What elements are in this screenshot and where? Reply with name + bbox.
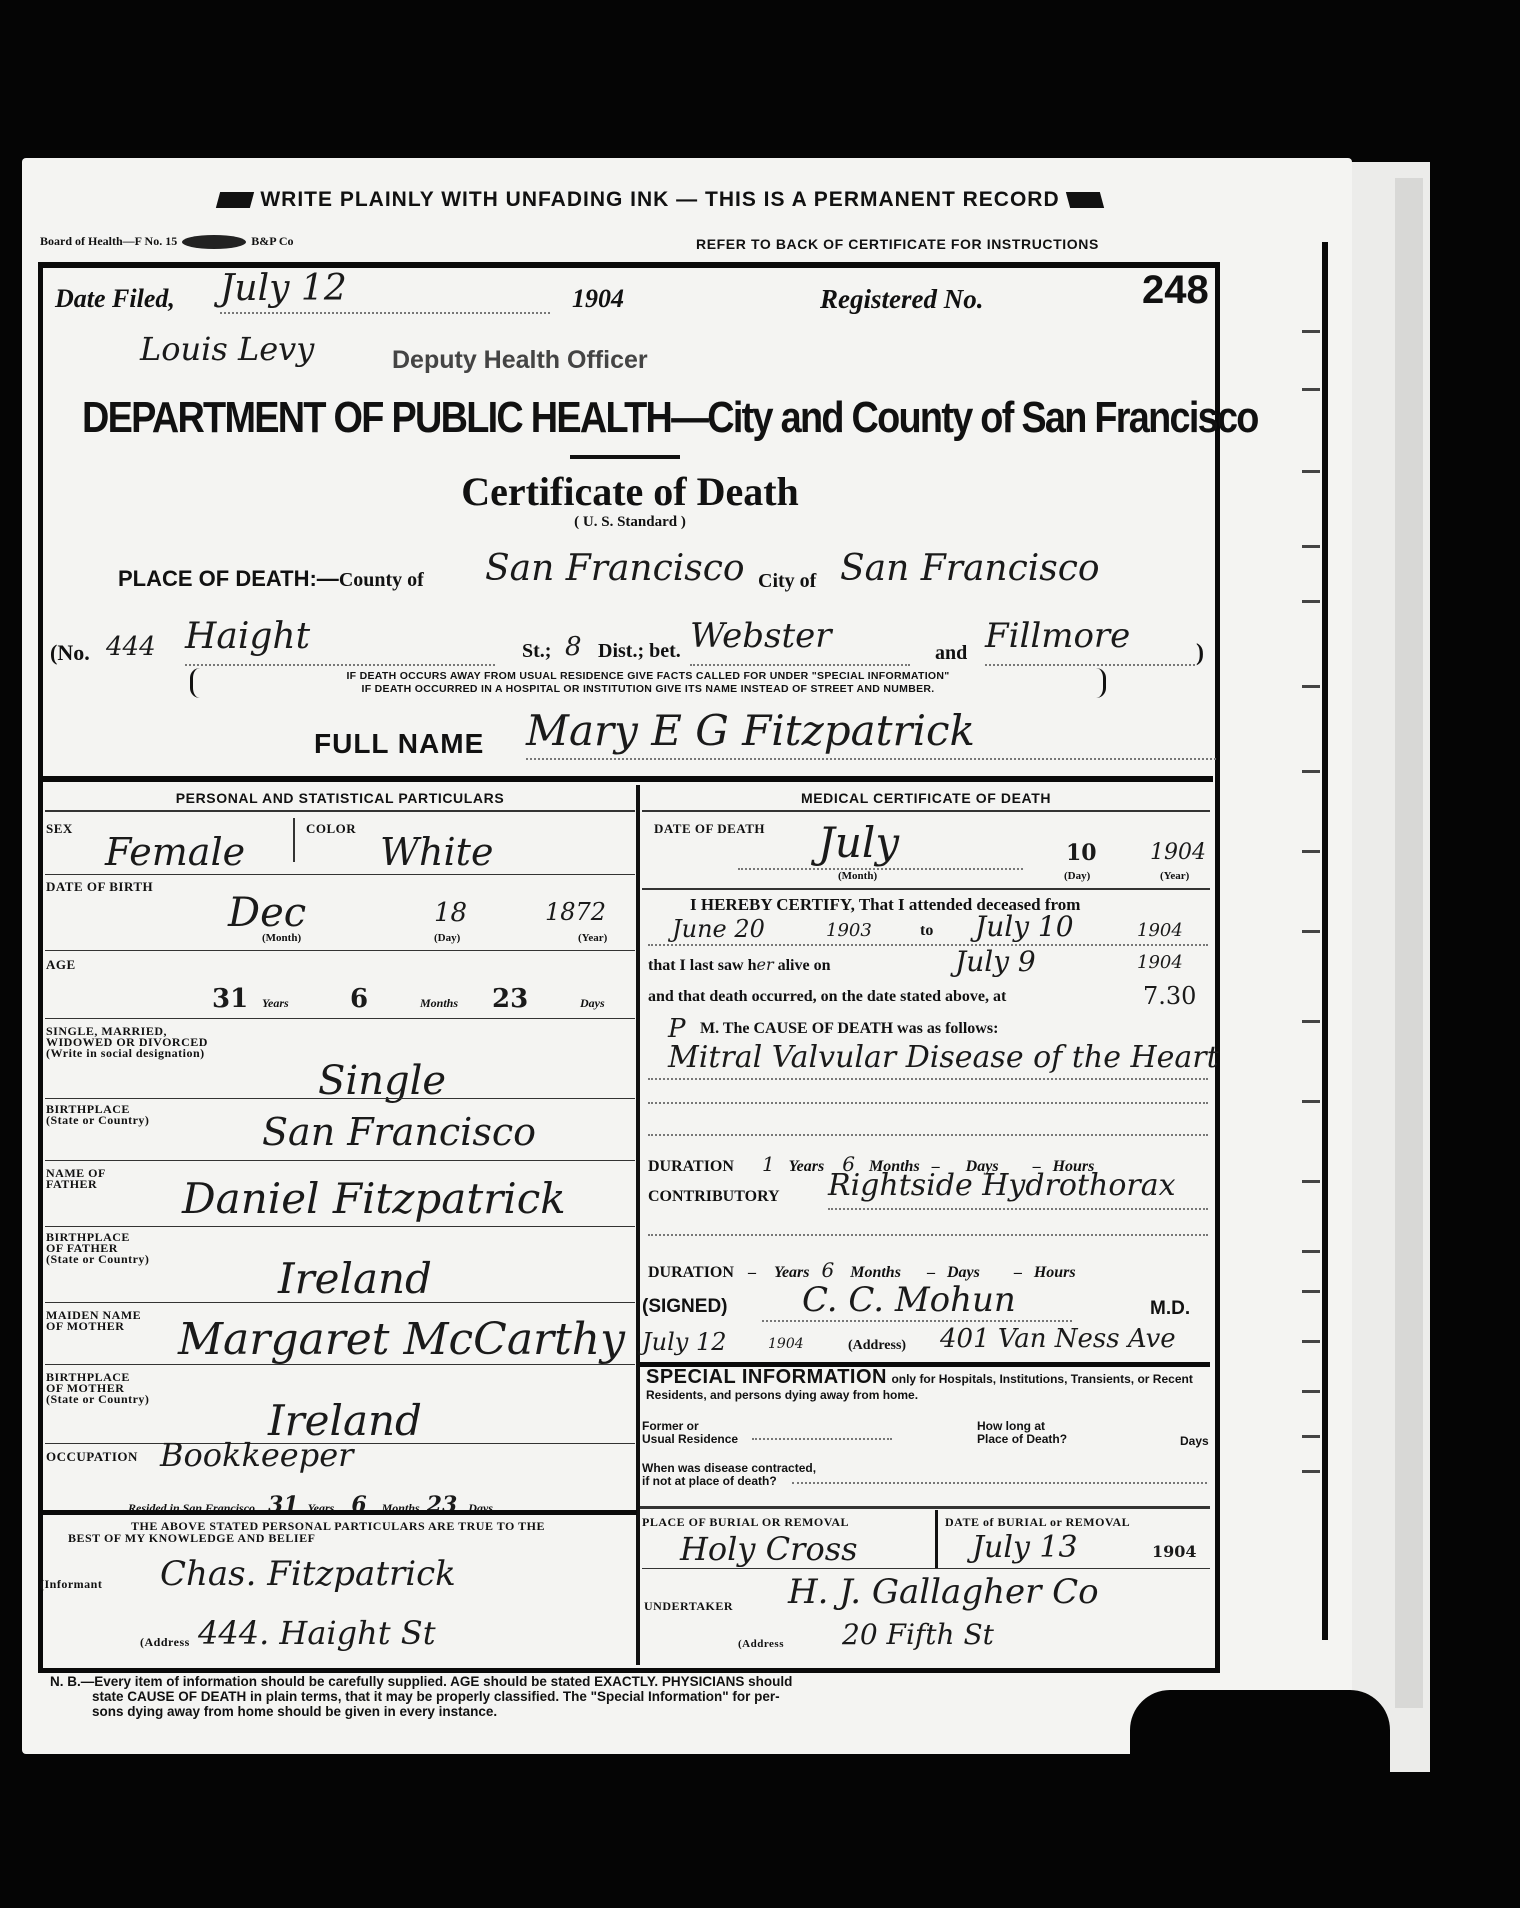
informant-address: 444. Haight St — [198, 1614, 436, 1652]
street-name: Haight — [185, 616, 495, 666]
age-months: 6 — [350, 984, 368, 1014]
dob-label: DATE OF BIRTH — [46, 880, 153, 893]
burial-date-value: July 13 — [972, 1530, 1078, 1565]
last-saw-year: 1904 — [1137, 952, 1183, 973]
signed-year: 1904 — [768, 1336, 804, 1352]
dob-day: 18 — [434, 898, 467, 928]
how-long-label: How long at Place of Death? — [977, 1420, 1067, 1446]
rule — [45, 874, 635, 875]
place-of-death-row: PLACE OF DEATH:—County of — [118, 566, 424, 592]
pointing-hand-icon-right — [1065, 192, 1103, 208]
cause-line-3 — [648, 1122, 1208, 1136]
physician-address-label: (Address) — [848, 1338, 906, 1354]
days-label: Days — [580, 996, 605, 1011]
rule — [45, 1302, 635, 1303]
informant-address-label: (Address — [140, 1636, 190, 1649]
rule — [45, 810, 635, 812]
color-value: White — [380, 830, 493, 874]
dist-between-label: Dist.; bet. — [598, 640, 681, 663]
rule — [642, 810, 1210, 812]
cause-line-2 — [648, 1090, 1208, 1104]
date-filed-year: 1904 — [572, 284, 624, 314]
dod-year: 1904 — [1150, 840, 1206, 865]
dod-day: 10 — [1066, 840, 1097, 866]
rule — [45, 1160, 635, 1161]
mother-name-value: Margaret McCarthy — [178, 1314, 625, 1365]
rule — [45, 1364, 635, 1365]
father-birthplace-label: BIRTHPLACE OF FATHER (State or Country) — [46, 1232, 149, 1265]
burial-date-label: DATE of BURIAL or REMOVAL — [945, 1516, 1130, 1529]
last-saw-date: July 9 — [955, 945, 1036, 978]
signed-label: (SIGNED) — [642, 1296, 728, 1318]
instructions-note: REFER TO BACK OF CERTIFICATE FOR INSTRUC… — [696, 236, 1099, 252]
former-residence-label: Former or Usual Residence — [642, 1420, 738, 1446]
father-name-value: Daniel Fitzpatrick — [182, 1174, 566, 1223]
mother-name-label: MAIDEN NAME OF MOTHER — [46, 1310, 141, 1332]
rule — [45, 1226, 635, 1227]
form-id: Board of Health—F No. 15 B&P Co — [40, 234, 294, 249]
informant-name: Chas. Fitzpatrick — [160, 1554, 456, 1594]
undertaker-value: H. J. Gallagher Co — [788, 1572, 1099, 1612]
certificate-title: Certificate of Death — [380, 468, 880, 515]
father-name-label: NAME OF FATHER — [46, 1168, 106, 1190]
city-value: San Francisco — [840, 548, 1100, 589]
section-divider — [43, 776, 1213, 782]
and-label: and — [935, 642, 967, 665]
burial-divider — [935, 1510, 938, 1568]
attended-to: July 10 — [975, 910, 1074, 943]
county-value: San Francisco — [485, 548, 745, 589]
burial-year: 1904 — [1152, 1542, 1197, 1561]
between-street-1: Webster — [690, 616, 910, 666]
attended-from: June 20 — [672, 915, 765, 943]
pointing-hand-icon — [216, 192, 254, 208]
contributory-value: Rightside Hydrothorax — [828, 1168, 1208, 1210]
place-note: IF DEATH OCCURS AWAY FROM USUAL RESIDENC… — [190, 668, 1106, 698]
margin-ticks — [1302, 330, 1326, 1660]
section-divider — [43, 1510, 637, 1515]
informant-statement: THE ABOVE STATED PERSONAL PARTICULARS AR… — [38, 1520, 638, 1544]
rule — [45, 950, 635, 951]
cause-text: M. The CAUSE OF DEATH was as follows: — [700, 1020, 998, 1038]
years-label: Years — [262, 996, 289, 1011]
physician-signature: C. C. Mohun — [762, 1280, 1072, 1322]
street-number: 444 — [106, 632, 156, 662]
contributory-line-2 — [648, 1222, 1208, 1236]
medical-heading: MEDICAL CERTIFICATE OF DEATH — [642, 790, 1210, 806]
color-label: COLOR — [306, 822, 356, 835]
attended-to-year: 1904 — [1137, 920, 1183, 941]
contracted-field[interactable] — [792, 1478, 1207, 1484]
rule — [45, 1018, 635, 1019]
month-caption: (Month) — [262, 932, 301, 944]
dob-month: Dec — [228, 890, 306, 936]
banner-text: WRITE PLAINLY WITH UNFADING INK — THIS I… — [130, 188, 1190, 212]
signed-date: July 12 — [642, 1328, 726, 1356]
sex-label: SEX — [46, 822, 73, 835]
time-of-death: 7.30 — [1143, 982, 1196, 1010]
undertaker-label: UNDERTAKER — [644, 1600, 733, 1613]
paper-edge-shadow — [1395, 178, 1423, 1708]
birthplace-value: San Francisco — [262, 1110, 536, 1154]
officer-signature: Louis Levy — [140, 330, 314, 368]
st-label: St.; — [522, 640, 551, 663]
dod-year-caption: (Year) — [1160, 870, 1189, 882]
burial-place-value: Holy Cross — [680, 1530, 858, 1568]
rule — [45, 1098, 635, 1099]
undertaker-address-label: (Address — [738, 1638, 784, 1651]
standard-label: ( U. S. Standard ) — [380, 514, 880, 531]
date-filed-field: July 12 — [220, 268, 550, 314]
attended-from-year: 1903 — [826, 920, 872, 941]
marital-label: SINGLE, MARRIED, WIDOWED OR DIVORCED (Wr… — [46, 1026, 208, 1059]
former-residence-field[interactable] — [752, 1434, 892, 1440]
rule — [642, 1568, 1210, 1569]
union-label-icon — [182, 235, 246, 249]
duration2-row: DURATION – Years 6 Months – Days – Hours — [648, 1258, 1208, 1282]
street-close-paren: ) — [1196, 640, 1204, 667]
department-title: DEPARTMENT OF PUBLIC HEALTH—City and Cou… — [82, 392, 1037, 444]
full-name-label: FULL NAME — [314, 728, 484, 760]
sex-color-divider — [293, 818, 295, 862]
age-label: AGE — [46, 958, 76, 971]
burial-place-label: PLACE OF BURIAL OR REMOVAL — [642, 1516, 849, 1529]
special-info-heading: SPECIAL INFORMATION only for Hospitals, … — [646, 1370, 1211, 1403]
footer-note: N. B.—Every item of information should b… — [50, 1674, 1130, 1719]
age-days: 23 — [492, 984, 528, 1014]
full-name-field: Mary E G Fitzpatrick — [526, 706, 1216, 760]
dod-month: July — [738, 818, 1023, 870]
dob-year: 1872 — [545, 898, 606, 926]
last-saw-row: that I last saw her alive on — [648, 955, 830, 975]
physician-address: 401 Van Ness Ave — [940, 1324, 1176, 1354]
months-label: Months — [420, 996, 458, 1011]
how-long-days: Days — [1180, 1434, 1209, 1448]
occurred-text: and that death occurred, on the date sta… — [648, 988, 1006, 1006]
occupation-value: Bookkeeper — [160, 1436, 353, 1474]
year-caption: (Year) — [578, 932, 607, 944]
personal-heading: PERSONAL AND STATISTICAL PARTICULARS — [45, 790, 635, 806]
district-value: 8 — [565, 632, 582, 662]
day-caption: (Day) — [434, 932, 460, 944]
mother-birthplace-label: BIRTHPLACE OF MOTHER (State or Country) — [46, 1372, 149, 1405]
rule — [642, 888, 1210, 890]
occupation-label: OCCUPATION — [46, 1450, 138, 1463]
age-years: 31 — [212, 984, 248, 1014]
sex-value: Female — [105, 830, 245, 874]
md-label: M.D. — [1150, 1298, 1190, 1320]
title-divider — [570, 455, 680, 459]
between-street-2: Fillmore — [985, 616, 1195, 666]
father-birthplace-value: Ireland — [278, 1254, 432, 1303]
contracted-label: When was disease contracted, if not at p… — [642, 1462, 816, 1488]
date-filed-label: Date Filed, — [55, 284, 175, 314]
contributory-label: CONTRIBUTORY — [648, 1188, 780, 1206]
officer-title: Deputy Health Officer — [392, 346, 648, 375]
to-label: to — [920, 922, 933, 940]
dod-day-caption: (Day) — [1064, 870, 1090, 882]
cause-of-death: Mitral Valvular Disease of the Heart — [648, 1040, 1208, 1080]
street-no-label: (No. — [50, 640, 90, 666]
undertaker-address: 20 Fifth St — [842, 1618, 994, 1651]
rule — [640, 1506, 1210, 1509]
registered-label: Registered No. — [820, 284, 983, 315]
birthplace-label: BIRTHPLACE (State or Country) — [46, 1104, 149, 1126]
city-label: City of — [758, 570, 816, 593]
informant-label: (Informant — [40, 1578, 102, 1591]
dod-month-caption: (Month) — [838, 870, 877, 882]
scan-shadow — [1130, 1690, 1390, 1908]
registered-number: 248 — [1142, 268, 1209, 313]
